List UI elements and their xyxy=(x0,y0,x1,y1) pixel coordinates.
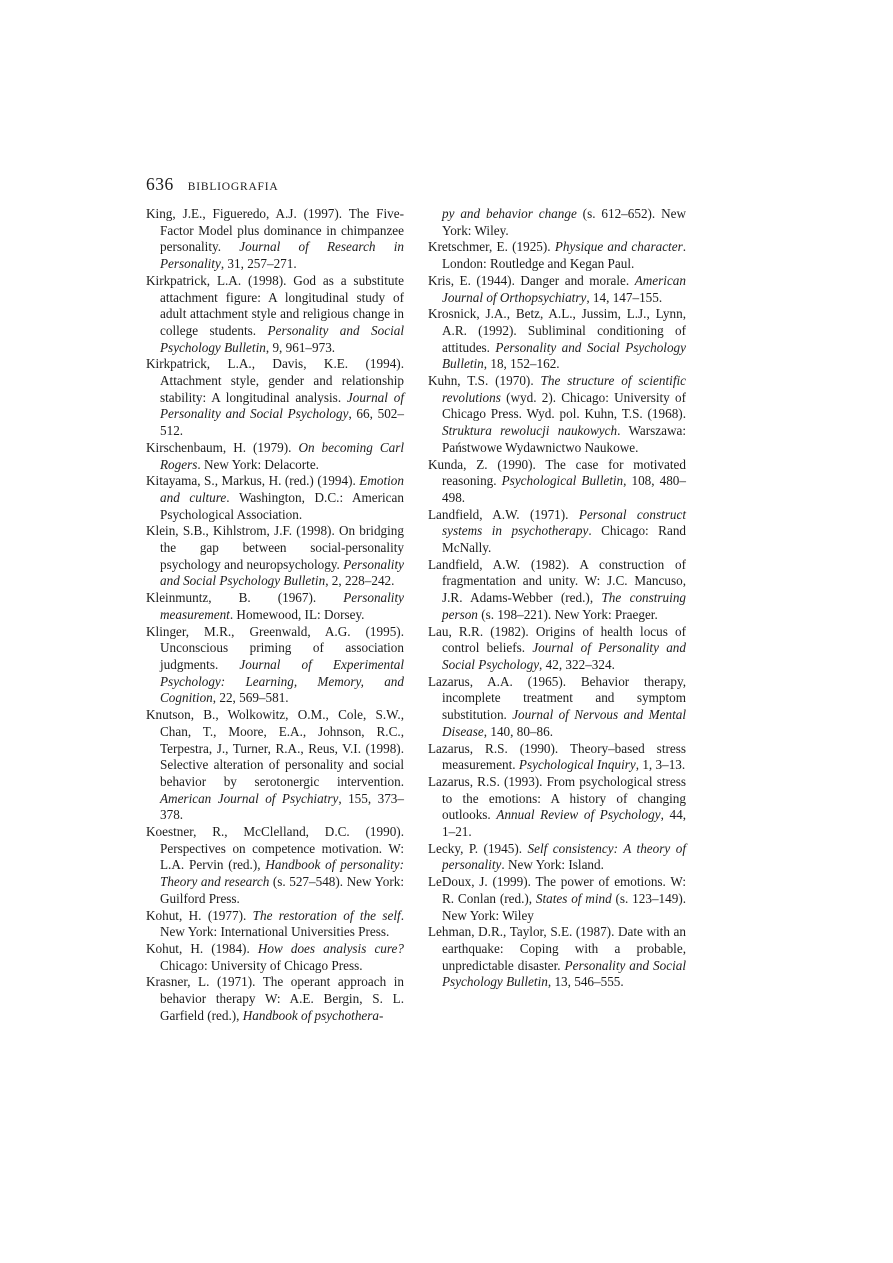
reference-text-segment: Kohut, H. (1977). xyxy=(146,908,253,923)
reference-text-segment: Kris, E. (1944). Danger and morale. xyxy=(428,273,635,288)
reference-text-segment: Lecky, P. (1945). xyxy=(428,841,528,856)
reference-entry: Lehman, D.R., Taylor, S.E. (1987). Date … xyxy=(428,924,686,991)
reference-text-segment: Kirschenbaum, H. (1979). xyxy=(146,440,298,455)
reference-entry: Lecky, P. (1945). Self consistency: A th… xyxy=(428,841,686,874)
reference-entry: Lazarus, A.A. (1965). Behavior therapy, … xyxy=(428,674,686,741)
reference-entry: Kuhn, T.S. (1970). The structure of scie… xyxy=(428,373,686,457)
reference-text-segment: , 42, 322–324. xyxy=(539,657,615,672)
reference-title-segment: Handbook of psychothera- xyxy=(243,1008,384,1023)
reference-entry: Landfield, A.W. (1971). Personal constru… xyxy=(428,507,686,557)
reference-title-segment: How does analysis cure? xyxy=(258,941,404,956)
reference-text-segment: , 14, 147–155. xyxy=(586,290,662,305)
reference-entry: Kris, E. (1944). Danger and morale. Amer… xyxy=(428,273,686,306)
reference-title-segment: Psychological Inquiry xyxy=(519,757,636,772)
reference-title-segment: Psychological Bulletin xyxy=(502,473,624,488)
reference-entry: Krosnick, J.A., Betz, A.L., Jussim, L.J.… xyxy=(428,306,686,373)
reference-text-segment: Kuhn, T.S. (1970). xyxy=(428,373,541,388)
reference-text-segment: , 140, 80–86. xyxy=(484,724,553,739)
reference-text-segment: . New York: Island. xyxy=(501,857,604,872)
bibliography-left-column: King, J.E., Figueredo, A.J. (1997). The … xyxy=(146,206,404,1024)
reference-entry: Koestner, R., McClelland, D.C. (1990). P… xyxy=(146,824,404,908)
reference-entry: Kohut, H. (1984). How does analysis cure… xyxy=(146,941,404,974)
reference-text-segment: (s. 198–221). New York: Praeger. xyxy=(478,607,658,622)
reference-entry: Landfield, A.W. (1982). A construction o… xyxy=(428,557,686,624)
reference-entry: py and behavior change (s. 612–652). New… xyxy=(428,206,686,239)
reference-text-segment: Kleinmuntz, B. (1967). xyxy=(146,590,343,605)
reference-text-segment: , 18, 152–162. xyxy=(484,356,560,371)
reference-text-segment: Chicago: University of Chicago Press. xyxy=(160,958,363,973)
reference-entry: Kirschenbaum, H. (1979). On becoming Car… xyxy=(146,440,404,473)
reference-entry: Klinger, M.R., Greenwald, A.G. (1995). U… xyxy=(146,624,404,708)
running-head-title: BIBLIOGRAFIA xyxy=(188,181,279,193)
reference-title-segment: Physique and character xyxy=(555,239,683,254)
reference-text-segment: Kretschmer, E. (1925). xyxy=(428,239,555,254)
reference-entry: Lau, R.R. (1982). Origins of health locu… xyxy=(428,624,686,674)
reference-text-segment: , 2, 228–242. xyxy=(325,573,394,588)
reference-text-segment: , 31, 257–271. xyxy=(221,256,297,271)
reference-entry: Lazarus, R.S. (1993). From psychological… xyxy=(428,774,686,841)
reference-text-segment: Landfield, A.W. (1971). xyxy=(428,507,579,522)
reference-entry: Kohut, H. (1977). The restoration of the… xyxy=(146,908,404,941)
reference-title-segment: Struktura rewolucji naukowych xyxy=(442,423,617,438)
reference-text-segment: , 1, 3–13. xyxy=(636,757,685,772)
reference-entry: Klein, S.B., Kihlstrom, J.F. (1998). On … xyxy=(146,523,404,590)
reference-text-segment: Kitayama, S., Markus, H. (red.) (1994). xyxy=(146,473,359,488)
reference-entry: Knutson, B., Wolkowitz, O.M., Cole, S.W.… xyxy=(146,707,404,824)
reference-entry: King, J.E., Figueredo, A.J. (1997). The … xyxy=(146,206,404,273)
running-header: 636 BIBLIOGRAFIA xyxy=(146,174,279,195)
reference-text-segment: , 9, 961–973. xyxy=(266,340,335,355)
reference-entry: LeDoux, J. (1999). The power of emotions… xyxy=(428,874,686,924)
reference-title-segment: American Journal of Psychiatry xyxy=(160,791,338,806)
reference-entry: Lazarus, R.S. (1990). Theory–based stres… xyxy=(428,741,686,774)
reference-text-segment: . New York: Delacorte. xyxy=(197,457,319,472)
reference-entry: Kunda, Z. (1990). The case for motivated… xyxy=(428,457,686,507)
page-number: 636 xyxy=(146,174,174,195)
book-page: 636 BIBLIOGRAFIA King, J.E., Figueredo, … xyxy=(0,0,893,1263)
reference-title-segment: py and behavior change xyxy=(442,206,577,221)
reference-entry: Kirkpatrick, L.A., Davis, K.E. (1994). A… xyxy=(146,356,404,440)
reference-entry: Kleinmuntz, B. (1967). Personality measu… xyxy=(146,590,404,623)
reference-title-segment: Annual Review of Psychology xyxy=(496,807,660,822)
reference-entry: Krasner, L. (1971). The operant approach… xyxy=(146,974,404,1024)
reference-text-segment: , 22, 569–581. xyxy=(213,690,289,705)
reference-text-segment: Kohut, H. (1984). xyxy=(146,941,258,956)
reference-title-segment: The restoration of the self xyxy=(253,908,401,923)
reference-text-segment: . Homewood, IL: Dorsey. xyxy=(230,607,365,622)
reference-title-segment: States of mind xyxy=(536,891,612,906)
bibliography-right-column: py and behavior change (s. 612–652). New… xyxy=(428,206,686,991)
reference-text-segment: Knutson, B., Wolkowitz, O.M., Cole, S.W.… xyxy=(146,707,404,789)
reference-entry: Kretschmer, E. (1925). Physique and char… xyxy=(428,239,686,272)
reference-text-segment: , 13, 546–555. xyxy=(548,974,624,989)
reference-entry: Kirkpatrick, L.A. (1998). God as a subst… xyxy=(146,273,404,357)
reference-entry: Kitayama, S., Markus, H. (red.) (1994). … xyxy=(146,473,404,523)
